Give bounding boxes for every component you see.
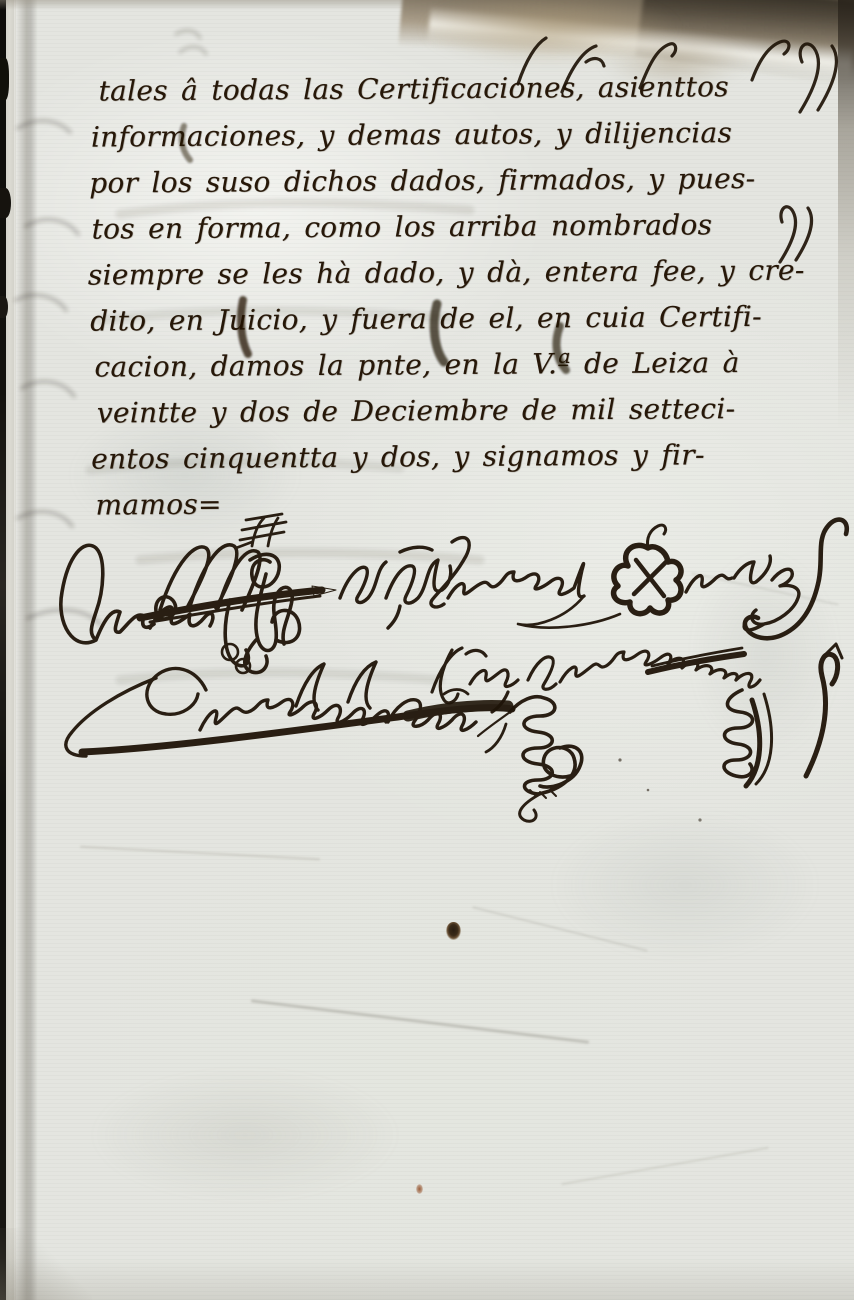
spiral-rubric-left (510, 697, 582, 822)
ascender-flourishes (518, 38, 836, 262)
ink-blot-marks (182, 126, 566, 370)
signature-notarial-sign (61, 514, 336, 673)
signature-second-scribe (340, 520, 847, 639)
manuscript-page-scan: tales â todas las Certificaciones, asien… (0, 0, 854, 1300)
signature-francisco (432, 644, 842, 822)
spiral-rubric-right (724, 690, 772, 786)
rosette-rubric (614, 525, 682, 614)
ink-and-signatures-layer (0, 0, 854, 1300)
